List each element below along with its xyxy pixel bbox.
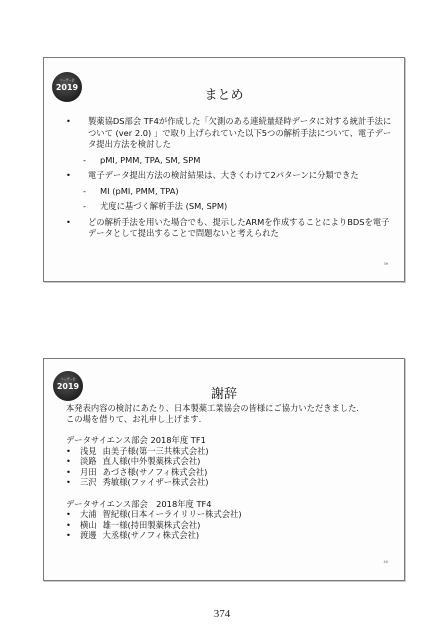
person-item: 横山雄一様(持田製薬株式会社)	[66, 520, 396, 531]
group-tf4: データサイエンス部会 2018年度 TF4 大浦智紀様(日本イーライリリー株式会…	[66, 499, 396, 541]
slide-page-number: 40	[384, 560, 388, 564]
person-item: 月田あづさ様(サノフィ株式会社)	[66, 467, 396, 478]
slide-title: 謝辞	[44, 383, 404, 402]
slide-title: まとめ	[44, 84, 404, 103]
sub-item: 尤度に基づく解析手法 (SM, SPM)	[66, 201, 396, 213]
summary-body: 製薬協DS部会 TF4が作成した「欠測のある連続量経時データに対する統計手法につ…	[66, 116, 396, 244]
person-item: 三沢秀敏様(ファイザー株式会社)	[66, 477, 396, 488]
acknowledgements-body: 本発表内容の検討にあたり、日本製薬工業協会の皆様にご協力いただきました. この場…	[66, 403, 396, 541]
sub-item: MI (pMI, PMM, TPA)	[66, 186, 396, 198]
person-item: 渡邊大丞様(サノフィ株式会社)	[66, 530, 396, 541]
bullet-item: どの解析手法を用いた場合でも、提示したARMを作成することによりBDSを電子デー…	[66, 217, 396, 240]
bullet-item: 電子データ提出方法の検討結果は、大きくわけて2パターンに分類できた	[66, 170, 396, 182]
group-heading: データサイエンス部会 2018年度 TF1	[66, 435, 396, 446]
slide-acknowledgements: ユーザー会 2019 謝辞 本発表内容の検討にあたり、日本製薬工業協会の皆様にご…	[43, 358, 405, 581]
person-item: 淡路直人様(中外製薬株式会社)	[66, 456, 396, 467]
slide-page-number: 39	[384, 262, 388, 266]
group-tf1: データサイエンス部会 2018年度 TF1 浅見由美子様(第一三共株式会社) 淡…	[66, 435, 396, 488]
group-heading: データサイエンス部会 2018年度 TF4	[66, 499, 396, 510]
person-item: 浅見由美子様(第一三共株式会社)	[66, 446, 396, 457]
intro-line: この場を借りて、お礼申し上げます.	[66, 414, 396, 425]
sub-item: pMI, PMM, TPA, SM, SPM	[66, 155, 396, 167]
slide-summary: ユーザー会 2019 まとめ 製薬協DS部会 TF4が作成した「欠測のある連続量…	[43, 57, 405, 282]
intro-line: 本発表内容の検討にあたり、日本製薬工業協会の皆様にご協力いただきました.	[66, 403, 396, 414]
person-item: 大浦智紀様(日本イーライリリー株式会社)	[66, 509, 396, 520]
bullet-item: 製薬協DS部会 TF4が作成した「欠測のある連続量経時データに対する統計手法につ…	[66, 116, 396, 151]
document-page-number: 374	[0, 608, 444, 620]
